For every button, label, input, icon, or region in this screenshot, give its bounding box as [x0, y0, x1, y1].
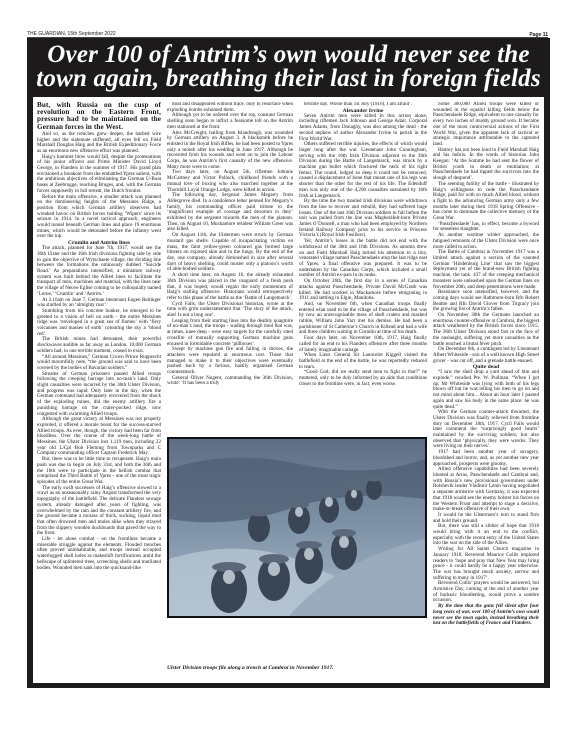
col4b-body: “I saw the shell drop a yard ahead of hi… — [433, 370, 539, 604]
col1-body: And so, as the trenches grew deeper, the… — [37, 132, 161, 240]
body-paragraph: History has not been kind to Field Marsh… — [433, 148, 539, 182]
column-3: terrible day. Worse than 1st July (1916)… — [299, 102, 427, 432]
body-paragraph: “Good God, did we really send men to fig… — [299, 370, 427, 387]
body-paragraph: And, on November 6th, when Canadian troo… — [299, 302, 427, 336]
col4-body: Some 300,000 Allied troops were killed o… — [433, 102, 539, 364]
col1b-body: The attack, planned for June 7th, 1917, … — [37, 246, 161, 571]
body-paragraph: Swept by machine gun fire and falling in… — [167, 347, 293, 376]
body-paragraph: Resistance soon intensified, however, an… — [433, 290, 539, 313]
body-paragraph: General Oliver Nugent, commanding the 36… — [167, 376, 293, 387]
body-paragraph: terrible day. Worse than 1st July (1916)… — [299, 102, 427, 108]
body-paragraph: On August 11th, the Ulstermen were struc… — [167, 233, 293, 273]
body-paragraph: Some 300,000 Allied troops were killed o… — [433, 102, 539, 148]
body-paragraph: As another wartime winter approached, th… — [433, 233, 539, 250]
body-paragraph: 1917 had been another year of savagery, … — [433, 450, 539, 467]
lead-paragraph: But, with Russia on the cusp of revoluti… — [37, 102, 161, 131]
body-paragraph: “All around Messines,” German Crown Prin… — [37, 355, 161, 372]
article-panel: But, with Russia on the cusp of revoluti… — [33, 97, 544, 683]
body-paragraph: Before the main offensive, a smaller att… — [37, 195, 161, 241]
body-paragraph: By the time the two mauled Irish divisio… — [299, 199, 427, 239]
body-paragraph: The attack, planned for June 7th, 1917, … — [37, 246, 161, 297]
body-paragraph: The Battle of Cambrai in November 1917 w… — [433, 250, 539, 290]
closing-paragraph: By the time that the guns fell silent af… — [433, 604, 539, 627]
body-paragraph: The seeming futility of the battle - ill… — [433, 182, 539, 222]
body-paragraph: Two days later, on August 5th, riflemen … — [167, 170, 293, 193]
headline-line-2: town again, breathing their last in fore… — [27, 67, 550, 91]
article-frame: Over 100 of Antrim’s own would never see… — [27, 38, 550, 688]
col2-body: mud and disappeared without trace, only … — [167, 102, 293, 387]
body-paragraph: But, there was to be little time to recu… — [37, 457, 161, 486]
body-paragraph: With the German counter-attack thwarted,… — [433, 410, 539, 450]
body-paragraph: Alex McCreight, hailing from Islandreagh… — [167, 131, 293, 171]
body-paragraph: And so, as the trenches grew deeper, the… — [37, 132, 161, 155]
headline-line-1: Over 100 of Antrim’s own would never see… — [27, 43, 550, 67]
body-paragraph: When Lieut. General Sir Launcelot Kiggel… — [299, 353, 427, 370]
body-paragraph: Writing for All Saints Church magazine i… — [433, 547, 539, 581]
body-paragraph: On November 30th the Germans launched an… — [433, 313, 539, 347]
photo-caption: Ulster Division troops file along a tren… — [167, 665, 429, 671]
body-paragraph: The following day, Sergeant James Megarr… — [167, 193, 293, 233]
body-paragraph: Life - let alone combat - on the frontli… — [37, 537, 161, 571]
body-paragraph: On October 26th, the first day in a seri… — [299, 279, 427, 302]
body-paragraph: Allied offensive capabilities had been s… — [433, 467, 539, 513]
body-paragraph: But, there was still a slither of hope t… — [433, 524, 539, 547]
column-2: mud and disappeared without trace, only … — [167, 102, 293, 432]
body-paragraph: Streams of German prisoners passed Allie… — [37, 372, 161, 418]
trench-photo-image — [169, 439, 425, 616]
body-paragraph: Seven Antrim men were killed in this act… — [299, 114, 427, 143]
body-paragraph: Leaping from their starting lines into t… — [167, 319, 293, 348]
body-paragraph: Cyril Falls, the Ulster Divisional histo… — [167, 302, 293, 319]
body-paragraph: Haig’s hammer blow would fall, despite t… — [37, 155, 161, 195]
body-paragraph: Although yet to be ordered over the top,… — [167, 113, 293, 130]
body-paragraph: Reverend Collis’ prayers would be answer… — [433, 581, 539, 604]
body-paragraph: On December 6th, a contingent led by Lie… — [433, 347, 539, 364]
body-paragraph: Yet, Antrim’s losses in the battle did n… — [299, 239, 427, 279]
body-paragraph: “I saw the shell drop a yard ahead of hi… — [433, 370, 539, 410]
body-paragraph: The British mines had detonated, their p… — [37, 337, 161, 354]
trench-photo — [167, 437, 427, 618]
body-paragraph: Others suffered terrible injuries, the e… — [299, 142, 427, 199]
body-paragraph: Although the great victory at Messines w… — [37, 417, 161, 457]
body-paragraph: Stumbling from his concrete bunker, he e… — [37, 309, 161, 338]
body-paragraph: The early swift successes of Haig’s offe… — [37, 486, 161, 537]
col3-body: terrible day. Worse than 1st July (1916)… — [299, 102, 427, 108]
body-paragraph: A short time later, on August 16, the al… — [167, 273, 293, 302]
column-4: Some 300,000 Allied troops were killed o… — [433, 102, 539, 678]
column-1: But, with Russia on the cusp of revoluti… — [37, 102, 161, 678]
body-paragraph: Four days later, on November 10th, 1917,… — [299, 336, 427, 353]
col3b-body: Seven Antrim men were killed in this act… — [299, 114, 427, 388]
headline: Over 100 of Antrim’s own would never see… — [27, 38, 550, 96]
